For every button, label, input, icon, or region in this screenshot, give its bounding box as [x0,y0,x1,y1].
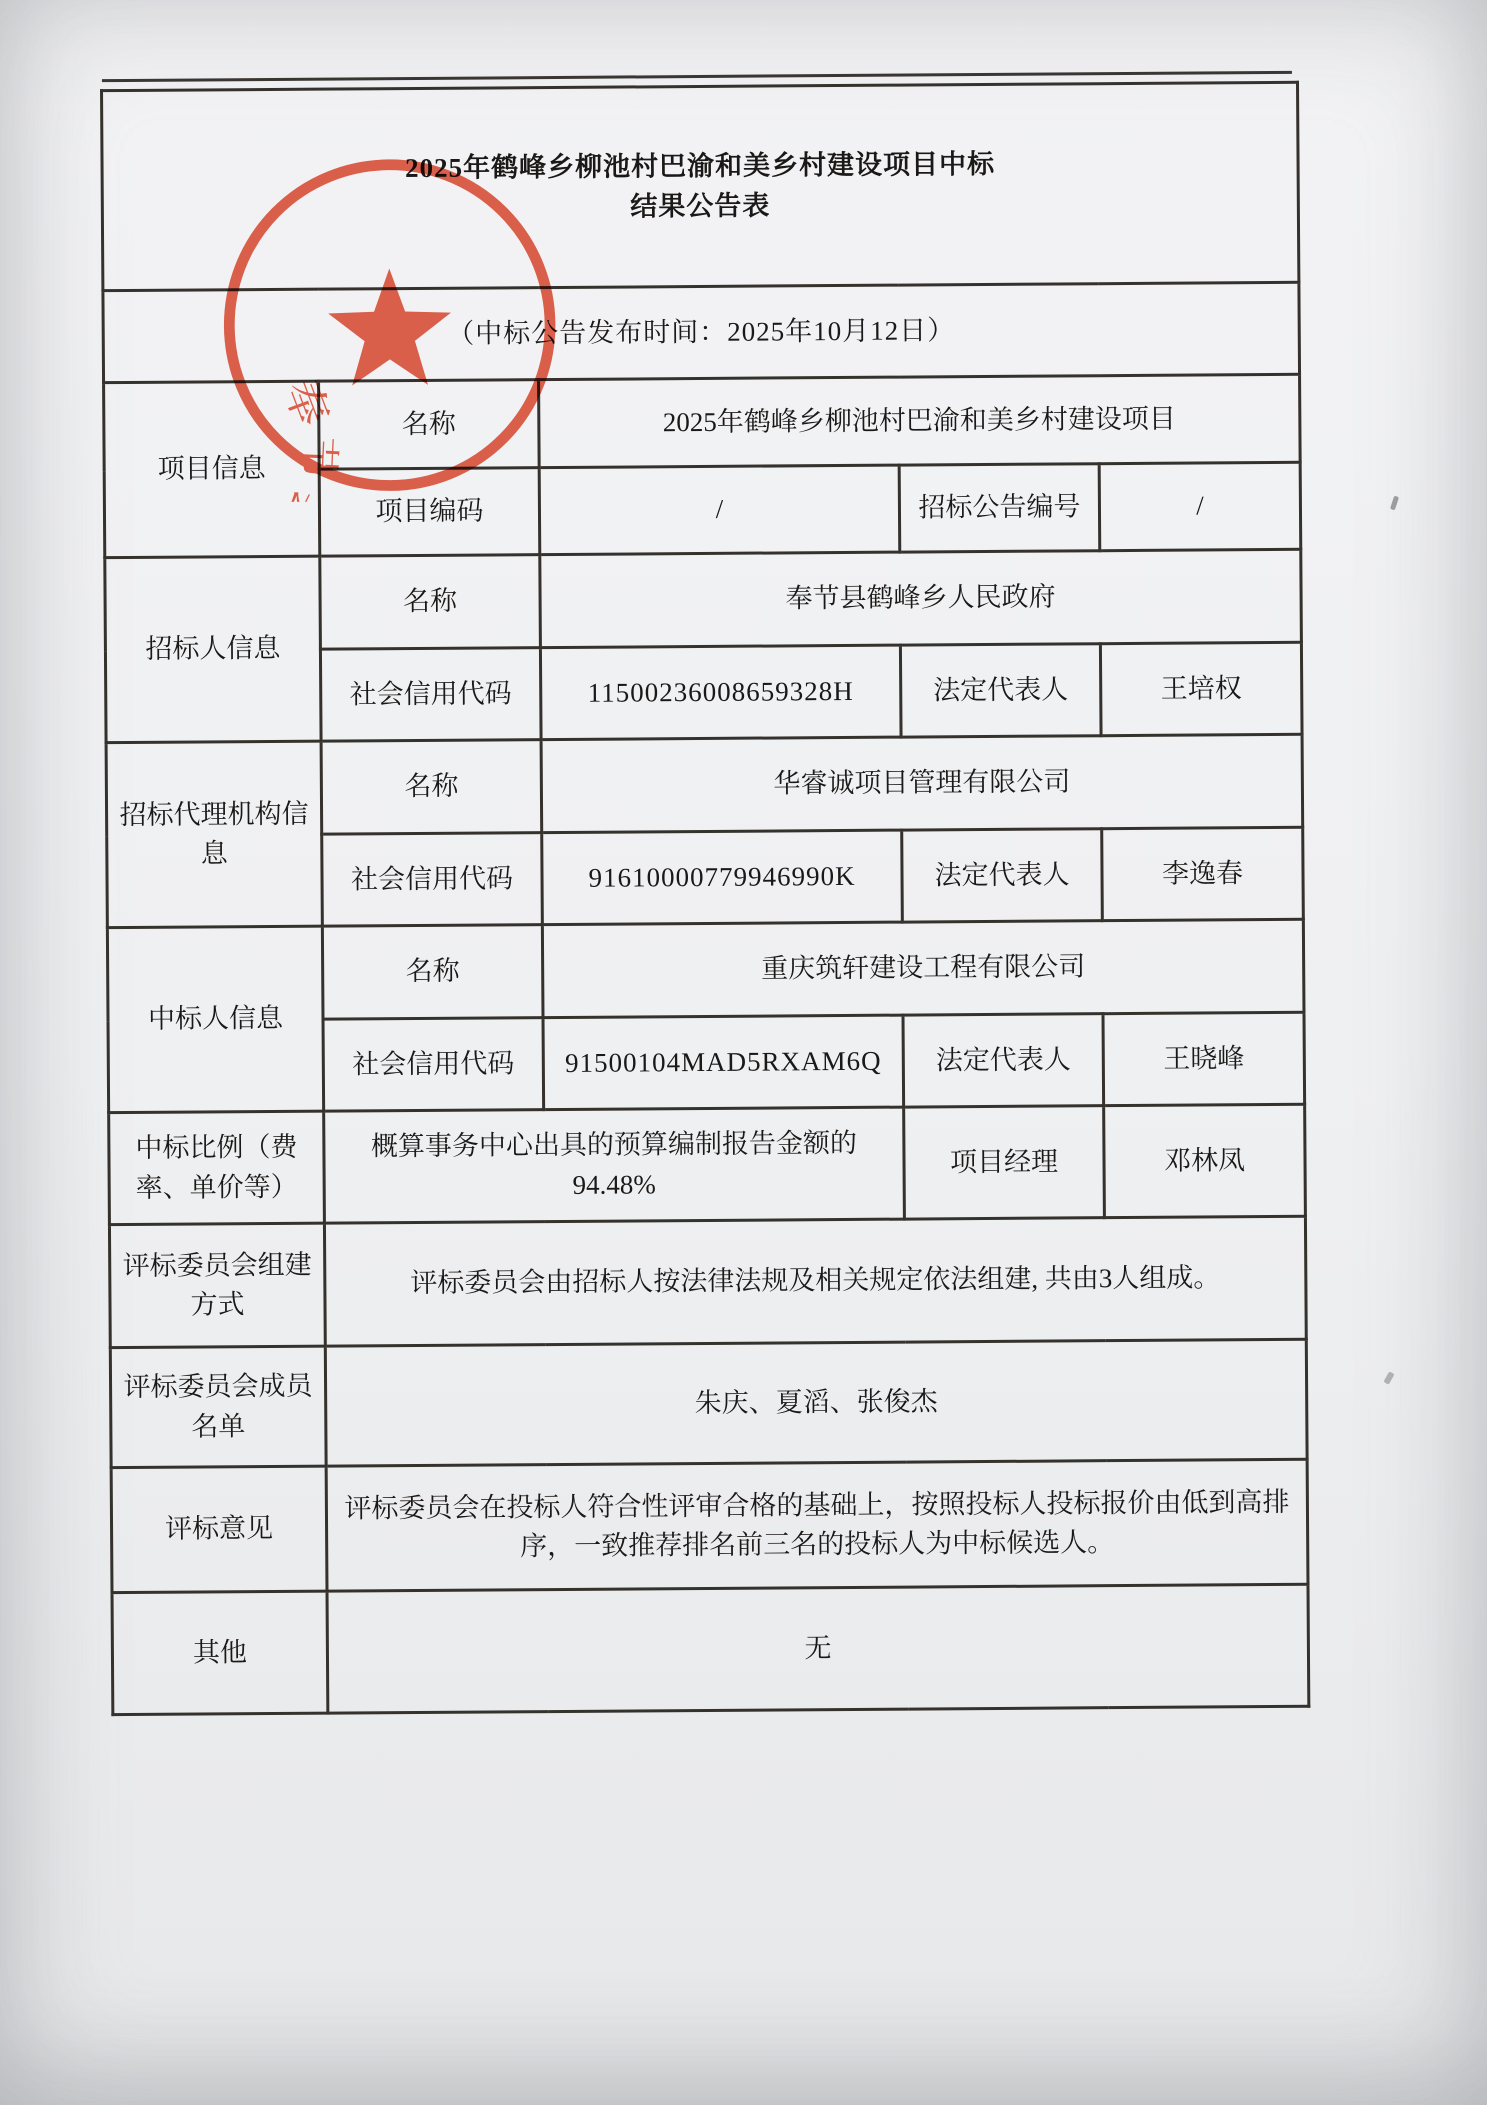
committee-formation-value: 评标委员会由招标人按法律法规及相关规定依法组建, 共由3人组成。 [324,1216,1306,1346]
agency-legal-value: 李逸春 [1102,827,1304,920]
agency-name-value: 华睿诚项目管理有限公司 [541,734,1303,832]
table-row: 中标人信息 名称 重庆筑轩建设工程有限公司 [107,919,1304,1020]
winner-legal-value: 王晓峰 [1103,1012,1305,1105]
notice-number-value: / [1099,462,1301,550]
winner-credit-value: 91500104MAD5RXAM6Q [543,1015,904,1110]
bid-ratio-value: 概算事务中心出具的预算编制报告金额的94.48% [324,1107,905,1223]
table-row: 招标人信息 名称 奉节县鹤峰乡人民政府 [105,549,1302,650]
scan-artifact [1383,1371,1394,1384]
agency-name-label: 名称 [321,740,542,835]
evaluation-opinion-value: 评标委员会在投标人符合性评审合格的基础上，按照投标人投标报价由低到高排序，一致推… [326,1459,1308,1591]
tenderer-legal-value: 王培权 [1100,642,1302,735]
category-bid-ratio: 中标比例（费率、单价等） [109,1111,325,1224]
page-title: 2025年鹤峰乡柳池村巴渝和美乡村建设项目中标 结果公告表 [102,82,1299,290]
committee-members-value: 朱庆、夏滔、张俊杰 [325,1339,1307,1466]
bid-result-table: 2025年鹤峰乡柳池村巴渝和美乡村建设项目中标 结果公告表 （中标公告发布时间：… [100,81,1310,1716]
table-row: 评标委员会成员名单 朱庆、夏滔、张俊杰 [110,1339,1307,1467]
scan-double-rule [102,71,1292,82]
agency-credit-value: 91610000779946990K [542,830,903,925]
tenderer-credit-label: 社会信用代码 [320,648,541,742]
category-committee-members: 评标委员会成员名单 [110,1346,326,1467]
table-row: 2025年鹤峰乡柳池村巴渝和美乡村建设项目中标 结果公告表 [102,82,1299,290]
project-name-value: 2025年鹤峰乡柳池村巴渝和美乡村建设项目 [539,374,1301,467]
agency-credit-label: 社会信用代码 [322,833,543,927]
table-row: 其他 无 [112,1584,1309,1714]
project-name-label: 名称 [319,380,540,470]
table-row: 评标意见 评标委员会在投标人符合性评审合格的基础上，按照投标人投标报价由低到高排… [111,1459,1308,1592]
publish-date-note: （中标公告发布时间：2025年10月12日） [103,282,1300,382]
table-row: 项目信息 名称 2025年鹤峰乡柳池村巴渝和美乡村建设项目 [104,374,1301,470]
category-committee-formation: 评标委员会组建方式 [109,1223,325,1347]
tenderer-credit-value: 11500236008659328H [540,645,901,740]
agency-legal-label: 法定代表人 [902,829,1103,922]
category-evaluation-opinion: 评标意见 [111,1466,327,1592]
category-project-info: 项目信息 [104,381,320,557]
tenderer-legal-label: 法定代表人 [900,644,1101,737]
page-title-line2: 结果公告表 [112,182,1289,229]
scan-artifact [1390,496,1399,511]
category-other: 其他 [112,1591,328,1714]
project-code-label: 项目编码 [319,468,540,557]
winner-name-value: 重庆筑轩建设工程有限公司 [542,919,1304,1017]
tenderer-name-value: 奉节县鹤峰乡人民政府 [540,549,1302,647]
table-row: （中标公告发布时间：2025年10月12日） [103,282,1300,382]
winner-legal-label: 法定代表人 [903,1014,1104,1107]
notice-number-label: 招标公告编号 [899,464,1100,552]
project-code-value: / [539,465,900,555]
announcement-table: 2025年鹤峰乡柳池村巴渝和美乡村建设项目中标 结果公告表 （中标公告发布时间：… [100,81,1307,1716]
category-agency-info: 招标代理机构信息 [106,741,322,927]
project-manager-label: 项目经理 [904,1106,1105,1219]
winner-credit-label: 社会信用代码 [323,1018,544,1112]
table-row: 评标委员会组建方式 评标委员会由招标人按法律法规及相关规定依法组建, 共由3人组… [109,1216,1306,1347]
other-value: 无 [327,1584,1309,1713]
table-row: 中标比例（费率、单价等） 概算事务中心出具的预算编制报告金额的94.48% 项目… [109,1104,1306,1224]
tenderer-name-label: 名称 [320,555,541,650]
category-tenderer-info: 招标人信息 [105,556,321,742]
project-manager-value: 邓林凤 [1104,1104,1306,1217]
category-winner-info: 中标人信息 [107,926,323,1112]
winner-name-label: 名称 [322,925,543,1020]
table-row: 招标代理机构信息 名称 华睿诚项目管理有限公司 [106,734,1303,835]
